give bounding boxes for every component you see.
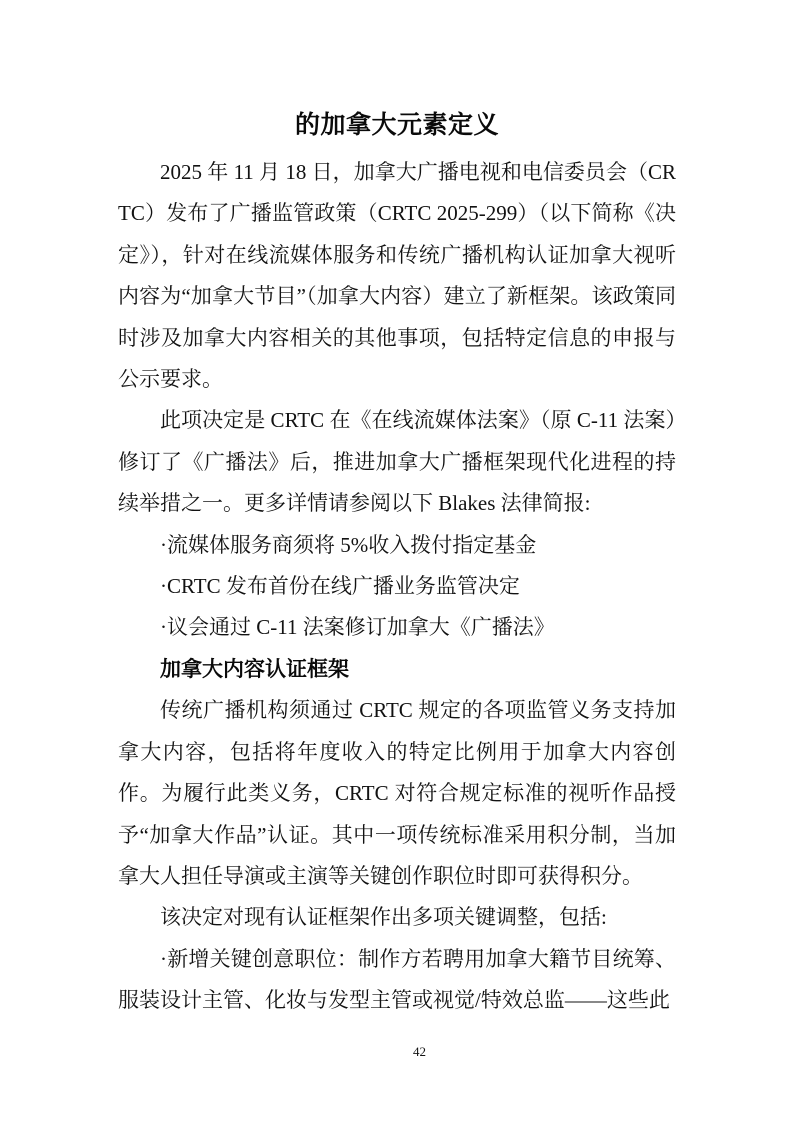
paragraph-legislative-context: 此项决定是 CRTC 在《在线流媒体法案》（原 C-11 法案）修订了《广播法》… [118, 400, 676, 524]
bullet-item-streaming-fund: ·流媒体服务商须将 5%收入拨付指定基金 [118, 525, 676, 566]
paragraph-key-adjustments: 该决定对现有认证框架作出多项关键调整，包括: [118, 897, 676, 938]
paragraph-certification-details: 传统广播机构须通过 CRTC 规定的各项监管义务支持加拿大内容，包括将年度收入的… [118, 690, 676, 897]
page-content: 的加拿大元素定义 2025 年 11 月 18 日，加拿大广播电视和电信委员会（… [118, 104, 676, 1022]
section-heading-certification-framework: 加拿大内容认证框架 [118, 649, 676, 690]
document-page: 的加拿大元素定义 2025 年 11 月 18 日，加拿大广播电视和电信委员会（… [0, 0, 793, 1122]
bullet-item-new-creative-roles: ·新增关键创意职位：制作方若聘用加拿大籍节目统筹、服装设计主管、化妆与发型主管或… [118, 939, 676, 1022]
page-number: 42 [0, 1042, 793, 1062]
document-title: 的加拿大元素定义 [118, 104, 676, 147]
bullet-item-c11-broadcast-act: ·议会通过 C-11 法案修订加拿大《广播法》 [118, 607, 676, 648]
paragraph-decision-intro: 2025 年 11 月 18 日，加拿大广播电视和电信委员会（CRTC）发布了广… [118, 152, 676, 400]
bullet-item-crtc-online-decision: ·CRTC 发布首份在线广播业务监管决定 [118, 566, 676, 607]
